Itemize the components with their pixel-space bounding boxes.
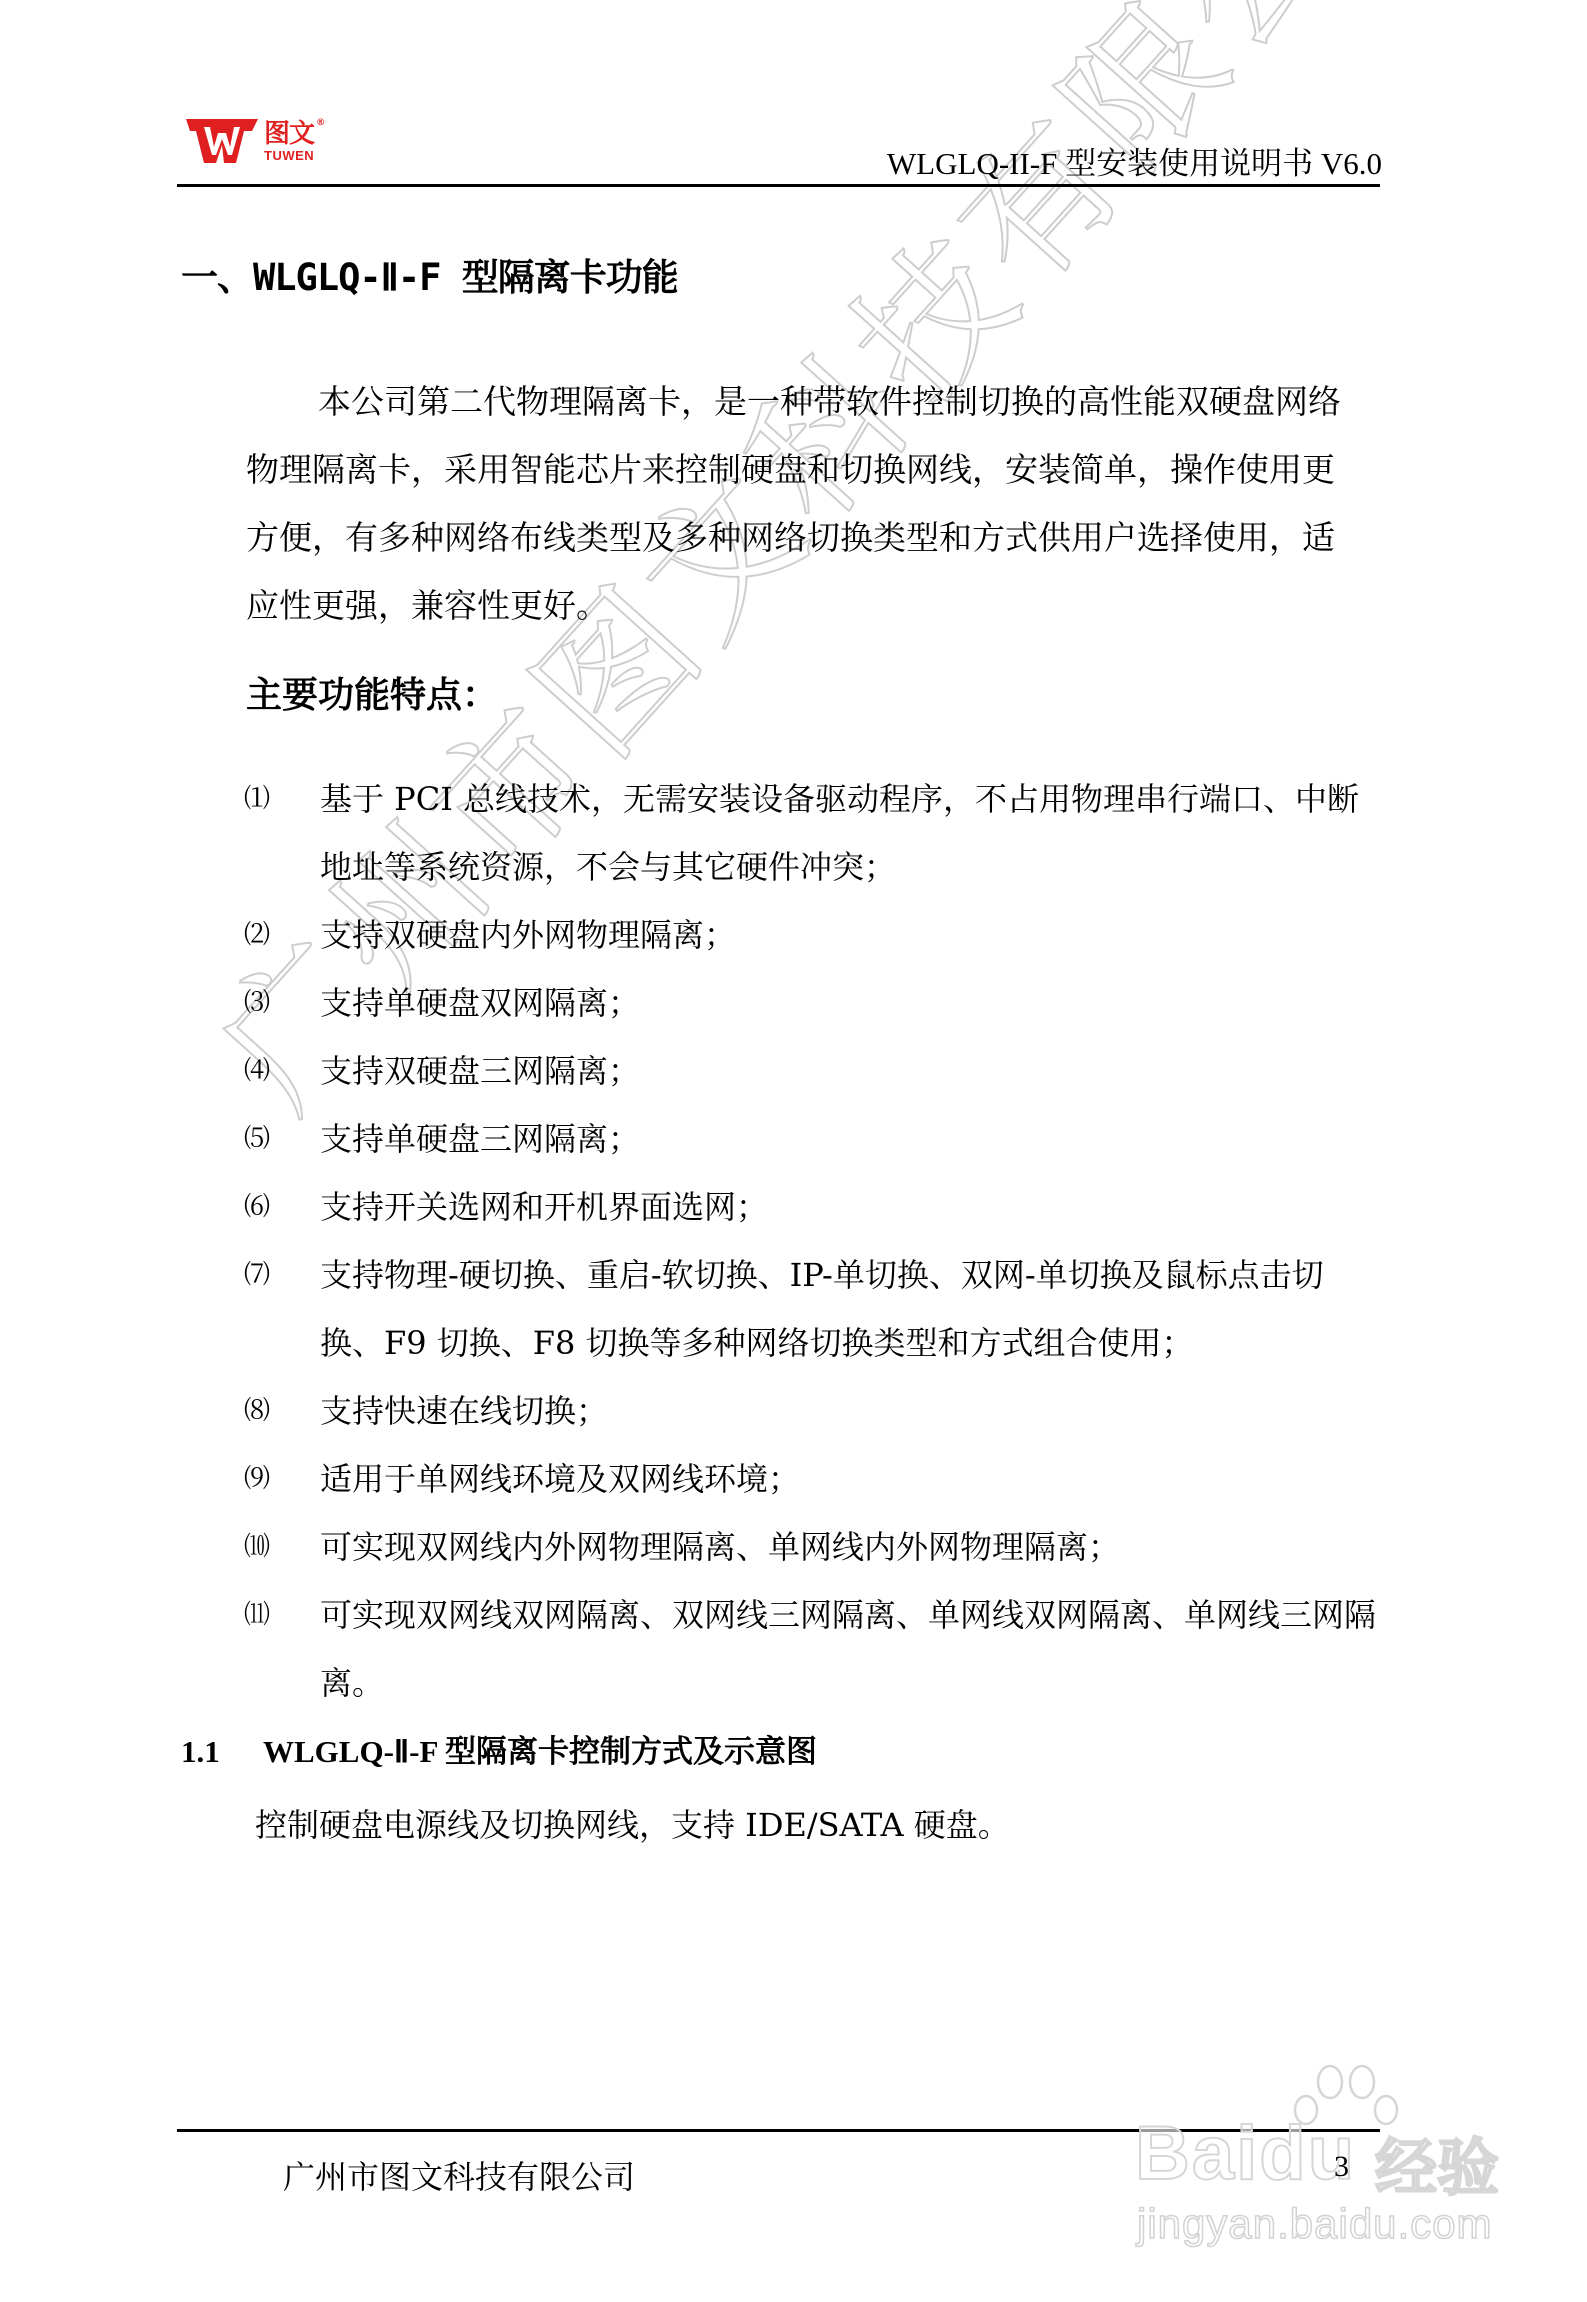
list-item: ⑶支持单硬盘双网隔离；: [240, 969, 1380, 1037]
list-item-text: 支持快速在线切换；: [320, 1377, 1380, 1445]
list-item: ⑵支持双硬盘内外网物理隔离；: [240, 901, 1380, 969]
list-item-text: 可实现双网线内外网物理隔离、单网线内外网物理隔离；: [320, 1513, 1380, 1581]
list-item: ⑻支持快速在线切换；: [240, 1377, 1380, 1445]
list-item-number: ⑶: [240, 969, 320, 1037]
list-item-number: ⑴: [240, 765, 320, 901]
list-item-number: ⑵: [240, 901, 320, 969]
list-item-text: 适用于单网线环境及双网线环境；: [320, 1445, 1380, 1513]
section-title: 一、WLGLQ-Ⅱ-F 型隔离卡功能: [181, 247, 678, 301]
list-item: ⑷支持双硬盘三网隔离；: [240, 1037, 1380, 1105]
list-item: ⑽可实现双网线内外网物理隔离、单网线内外网物理隔离；: [240, 1513, 1380, 1581]
list-item: ⑹支持开关选网和开机界面选网；: [240, 1173, 1380, 1241]
document-page: 广州市图文科技有限公司 图文® TUWEN WLGLQ-II-F 型安装使用说明…: [0, 0, 1587, 2302]
logo-cn-text: 图文: [264, 119, 314, 149]
subsection-paragraph: 控制硬盘电源线及切换网线，支持 IDE/SATA 硬盘。: [255, 1800, 1010, 1846]
subsection-title: 1.1WLGLQ-Ⅱ-F 型隔离卡控制方式及示意图: [181, 1726, 817, 1771]
list-item-text: 支持双硬盘内外网物理隔离；: [320, 901, 1380, 969]
list-item-text: 支持物理-硬切换、重启-软切换、IP-单切换、双网-单切换及鼠标点击切换、F9 …: [320, 1241, 1380, 1377]
list-item-number: ⑹: [240, 1173, 320, 1241]
baidu-jingyan-watermark: Baidu 经验 jingyan.baidu.com: [1125, 2060, 1505, 2260]
list-item-number: ⑺: [240, 1241, 320, 1377]
list-item-text: 支持开关选网和开机界面选网；: [320, 1173, 1380, 1241]
intro-paragraph: 本公司第二代物理隔离卡，是一种带软件控制切换的高性能双硬盘网络物理隔离卡，采用智…: [246, 368, 1356, 640]
list-item-text: 可实现双网线双网隔离、双网线三网隔离、单网线双网隔离、单网线三网隔离。: [320, 1581, 1380, 1717]
registered-mark: ®: [316, 119, 324, 128]
baidu-brand-text: Baidu: [1135, 2110, 1356, 2197]
list-item-number: ⑷: [240, 1037, 320, 1105]
header-divider: [177, 184, 1380, 187]
list-item-number: ⑸: [240, 1105, 320, 1173]
list-item-number: ⑼: [240, 1445, 320, 1513]
list-item: ⑼适用于单网线环境及双网线环境；: [240, 1445, 1380, 1513]
list-item-text: 支持单硬盘双网隔离；: [320, 969, 1380, 1037]
list-item-number: ⑻: [240, 1377, 320, 1445]
logo-en-text: TUWEN: [264, 149, 314, 162]
list-item: ⑺支持物理-硬切换、重启-软切换、IP-单切换、双网-单切换及鼠标点击切换、F9…: [240, 1241, 1380, 1377]
list-item: ⑾可实现双网线双网隔离、双网线三网隔离、单网线双网隔离、单网线三网隔离。: [240, 1581, 1380, 1717]
subsection-number: 1.1: [181, 1734, 263, 1770]
list-item-text: 基于 PCI 总线技术，无需安装设备驱动程序，不占用物理串行端口、中断地址等系统…: [320, 765, 1380, 901]
list-item-text: 支持双硬盘三网隔离；: [320, 1037, 1380, 1105]
features-heading: 主要功能特点：: [246, 667, 498, 718]
features-list: ⑴基于 PCI 总线技术，无需安装设备驱动程序，不占用物理串行端口、中断地址等系…: [240, 765, 1380, 1717]
subsection-title-text: WLGLQ-Ⅱ-F 型隔离卡控制方式及示意图: [263, 1734, 817, 1769]
list-item-number: ⑽: [240, 1513, 320, 1581]
tuwen-logo: 图文® TUWEN: [186, 112, 336, 170]
header-title: WLGLQ-II-F 型安装使用说明书 V6.0: [887, 138, 1382, 183]
footer-company: 广州市图文科技有限公司: [283, 2152, 635, 2198]
baidu-url-text: jingyan.baidu.com: [1137, 2200, 1493, 2248]
page-number: 3: [1334, 2150, 1349, 2184]
list-item-number: ⑾: [240, 1581, 320, 1717]
w-logo-icon: [186, 115, 258, 167]
baidu-cn-text: 经验: [1375, 2118, 1499, 2207]
list-item-text: 支持单硬盘三网隔离；: [320, 1105, 1380, 1173]
list-item: ⑴基于 PCI 总线技术，无需安装设备驱动程序，不占用物理串行端口、中断地址等系…: [240, 765, 1380, 901]
list-item: ⑸支持单硬盘三网隔离；: [240, 1105, 1380, 1173]
